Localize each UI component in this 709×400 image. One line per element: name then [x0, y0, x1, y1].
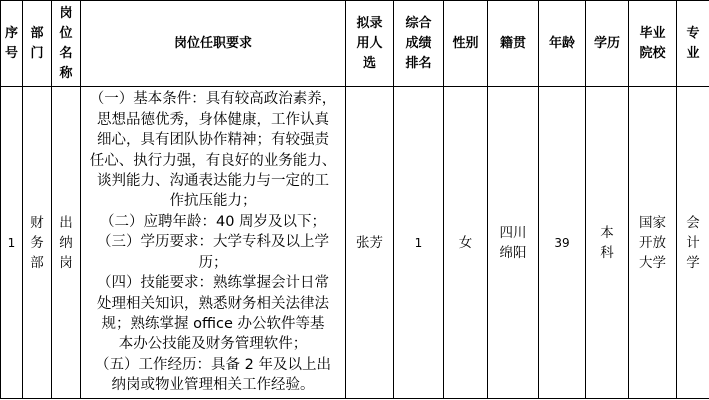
header-seq: 序号 — [1, 1, 23, 87]
header-rank: 综合成绩排名 — [394, 1, 444, 87]
cell-age: 39 — [539, 87, 586, 399]
cell-requirements: （一）基本条件：具有较高政治素养， 思想品德优秀，身体健康，工作认真 细心，具有… — [81, 87, 346, 399]
header-requirements: 岗位任职要求 — [81, 1, 346, 87]
cell-rank: 1 — [394, 87, 444, 399]
requirement-line: 本办公技能及财务管理软件； — [81, 334, 345, 354]
cell-major: 会计学 — [677, 87, 709, 399]
header-candidate: 拟录用人选 — [346, 1, 394, 87]
requirement-line: 处理相关知识，熟悉财务相关法律法 — [81, 294, 345, 314]
header-gender: 性别 — [444, 1, 488, 87]
requirement-line: 谈判能力、沟通表达能力与一定的工 — [81, 171, 345, 191]
cell-dept: 财务部 — [23, 87, 52, 399]
requirement-line: 历； — [81, 253, 345, 273]
requirement-line: （五）工作经历：具备 2 年及以上出 — [81, 355, 345, 375]
cell-school: 国家开放大学 — [629, 87, 677, 399]
recruitment-table: 序号 部门 岗位名称 岗位任职要求 拟录用人选 综合成绩排名 性别 籍贯 年龄 … — [0, 0, 709, 399]
requirement-line: （三）学历要求：大学专科及以上学 — [81, 232, 345, 252]
requirement-line: 细心，具有团队协作精神；有较强责 — [81, 130, 345, 150]
header-education: 学历 — [586, 1, 629, 87]
table-row: 1 财务部 出纳岗 （一）基本条件：具有较高政治素养， 思想品德优秀，身体健康，… — [1, 87, 709, 399]
requirement-line: 规；熟练掌握 office 办公软件等基 — [81, 314, 345, 334]
requirement-line: （四）技能要求：熟练掌握会计日常 — [81, 273, 345, 293]
requirement-line: 任心、执行力强，有良好的业务能力、 — [81, 151, 345, 171]
requirement-line: 思想品德优秀，身体健康，工作认真 — [81, 110, 345, 130]
header-major: 专业 — [677, 1, 709, 87]
cell-gender: 女 — [444, 87, 488, 399]
header-row: 序号 部门 岗位名称 岗位任职要求 拟录用人选 综合成绩排名 性别 籍贯 年龄 … — [1, 1, 709, 87]
cell-education: 本科 — [586, 87, 629, 399]
requirement-line: 纳岗或物业管理相关工作经验。 — [81, 375, 345, 395]
requirement-line: （二）应聘年龄：40 周岁及以下； — [81, 212, 345, 232]
header-school: 毕业院校 — [629, 1, 677, 87]
header-dept: 部门 — [23, 1, 52, 87]
cell-position: 出纳岗 — [52, 87, 81, 399]
cell-seq: 1 — [1, 87, 23, 399]
header-origin: 籍贯 — [488, 1, 539, 87]
requirement-line: （一）基本条件：具有较高政治素养， — [81, 89, 345, 109]
header-position: 岗位名称 — [52, 1, 81, 87]
header-age: 年龄 — [539, 1, 586, 87]
cell-candidate: 张芳 — [346, 87, 394, 399]
cell-origin: 四川绵阳 — [488, 87, 539, 399]
requirement-line: 作抗压能力； — [81, 191, 345, 211]
